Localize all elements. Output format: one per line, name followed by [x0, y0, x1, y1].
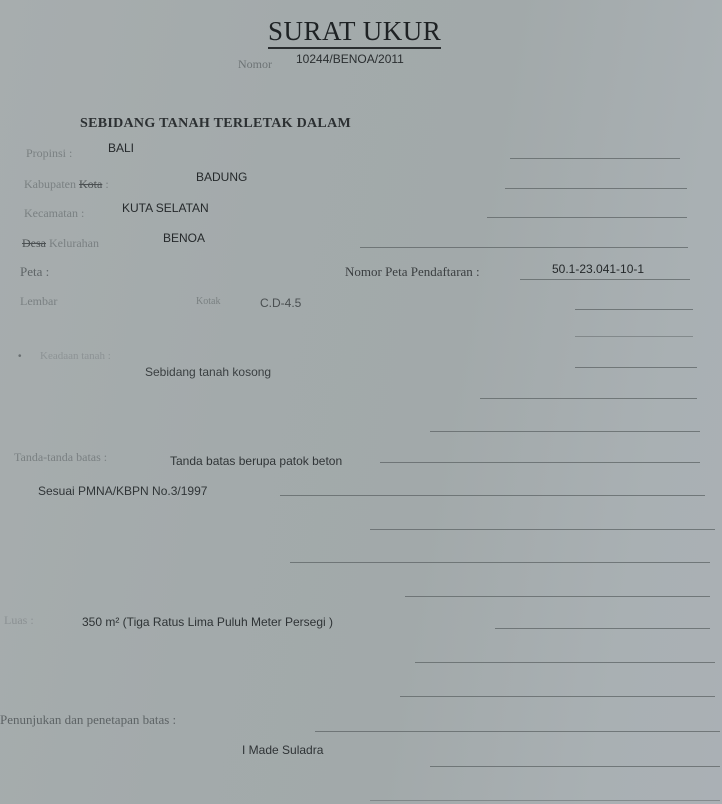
kelurahan-label: Kelurahan: [49, 236, 99, 250]
keadaan-tanah-value: Sebidang tanah kosong: [145, 365, 271, 379]
kabupaten-line: [505, 188, 687, 189]
nomor-label: Nomor: [238, 57, 272, 72]
kelurahan-value: BENOA: [163, 231, 205, 245]
kecamatan-label: Kecamatan :: [24, 206, 84, 221]
desa-struck-label: Desa: [22, 236, 46, 250]
blank-line-1: [575, 336, 693, 337]
kecamatan-value: KUTA SELATAN: [122, 201, 209, 215]
luas-label: Luas :: [4, 613, 34, 628]
section-heading: SEBIDANG TANAH TERLETAK DALAM: [80, 116, 351, 132]
note-line-1: [280, 495, 705, 496]
penunjukan-line: [315, 731, 720, 732]
surat-ukur-document: SURAT UKUR Nomor 10244/BENOA/2011 SEBIDA…: [0, 0, 722, 804]
penunjukan-label: Penunjukan dan penetapan batas :: [0, 712, 176, 728]
nomor-peta-line: [520, 279, 690, 280]
penunjukan-line-3: [370, 800, 720, 801]
luas-line: [495, 628, 710, 629]
kecamatan-line: [487, 217, 687, 218]
propinsi-line: [510, 158, 680, 159]
document-title: SURAT UKUR: [268, 16, 441, 49]
tanda-batas-value: Tanda batas berupa patok beton: [170, 454, 342, 468]
luas-line-3: [400, 696, 715, 697]
propinsi-value: BALI: [108, 141, 134, 155]
peta-label: Peta :: [20, 264, 49, 280]
kelurahan-line: [360, 247, 688, 248]
kotak-value: C.D-4.5: [260, 296, 301, 310]
nomor-value: 10244/BENOA/2011: [296, 52, 404, 66]
penunjukan-value: I Made Suladra: [242, 743, 323, 757]
luas-line-2: [415, 662, 715, 663]
propinsi-label: Propinsi :: [26, 146, 72, 161]
keadaan-line-3: [430, 431, 700, 432]
penunjukan-line-2: [430, 766, 720, 767]
lembar-line: [575, 309, 693, 310]
lembar-label: Lembar: [20, 294, 57, 309]
note-line-3: [290, 562, 710, 563]
note-line-4: [405, 596, 710, 597]
note-line-2: [370, 529, 715, 530]
keadaan-line-2: [480, 398, 697, 399]
kelurahan-label-group: Desa Kelurahan: [22, 236, 99, 251]
nomor-peta-pendaftaran-label: Nomor Peta Pendaftaran :: [345, 264, 480, 280]
bullet-mark: •: [18, 351, 22, 362]
luas-value: 350 m² (Tiga Ratus Lima Puluh Meter Pers…: [82, 615, 333, 629]
keadaan-line-1: [575, 367, 697, 368]
kabupaten-label-group: Kabupaten Kota :: [24, 177, 109, 192]
keadaan-tanah-label: Keadaan tanah :: [40, 350, 111, 362]
tanda-batas-line: [380, 462, 700, 463]
tanda-batas-note: Sesuai PMNA/KBPN No.3/1997: [38, 484, 207, 498]
kabupaten-label: Kabupaten: [24, 177, 76, 191]
kotak-label: Kotak: [196, 296, 220, 307]
kabupaten-value: BADUNG: [196, 170, 247, 184]
kabupaten-separator: :: [105, 177, 108, 191]
tanda-batas-label: Tanda-tanda batas :: [14, 450, 107, 465]
kota-struck-label: Kota: [79, 177, 102, 191]
nomor-peta-pendaftaran-value: 50.1-23.041-10-1: [552, 262, 644, 276]
